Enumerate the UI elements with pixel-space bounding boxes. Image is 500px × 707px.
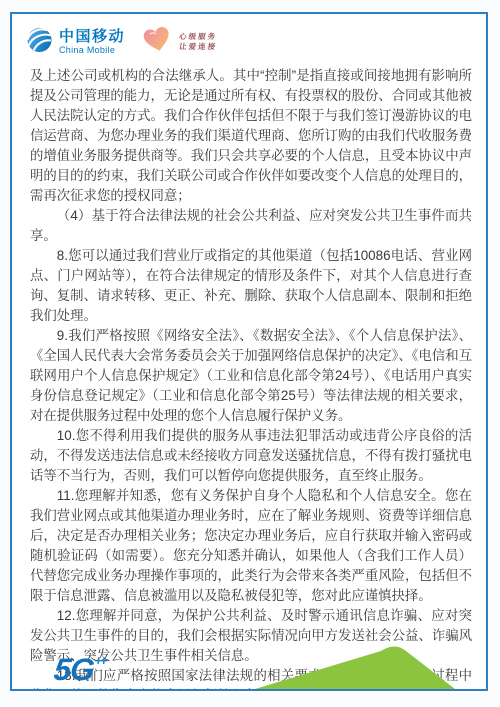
service-slogan-logo: 心级服务 让爱连接 — [141, 24, 217, 60]
paragraph: 8.您可以通过我们营业厅或指定的其他渠道（包括10086电话、营业网点、门户网站… — [30, 246, 472, 326]
5g-plus-logo: 5G++ — [52, 652, 106, 688]
paragraph: 11.您理解并知悉，您有义务保护自身个人隐私和个人信息安全。您在我们营业网点或其… — [30, 486, 472, 606]
slogan-line-2: 让爱连接 — [178, 42, 217, 52]
paragraph: 9.我们严格按照《网络安全法》、《数据安全法》、《个人信息保护法》、《全国人民代… — [30, 326, 472, 426]
5g-logo-text: 5G — [52, 652, 95, 687]
china-mobile-logo: 中国移动 China Mobile — [26, 26, 125, 59]
page-border-frame: 中国移动 China Mobile — [10, 12, 488, 691]
brand-name-en: China Mobile — [59, 46, 125, 55]
agreement-body-text: 及上述公司或机构的合法继承人。其中“控制”是指直接或间接地拥有影响所提及公司管理… — [30, 66, 472, 691]
slogan-line-1: 心级服务 — [178, 32, 217, 42]
header: 中国移动 China Mobile — [26, 24, 217, 60]
green-hill-decoration — [255, 642, 455, 689]
5g-logo-plus-plus: ++ — [94, 653, 107, 668]
brand-name-cn: 中国移动 — [59, 29, 125, 44]
paragraph: 及上述公司或机构的合法继承人。其中“控制”是指直接或间接地拥有影响所提及公司管理… — [30, 66, 472, 206]
china-mobile-swirl-icon — [26, 26, 53, 59]
paragraph: （4）基于符合法律法规的社会公共利益、应对突发公共卫生事件而共享。 — [30, 206, 472, 246]
heart-icon — [141, 24, 173, 60]
paragraph: 10.您不得利用我们提供的服务从事违法犯罪活动或违背公序良俗的活动，不得发送违法… — [30, 426, 472, 486]
